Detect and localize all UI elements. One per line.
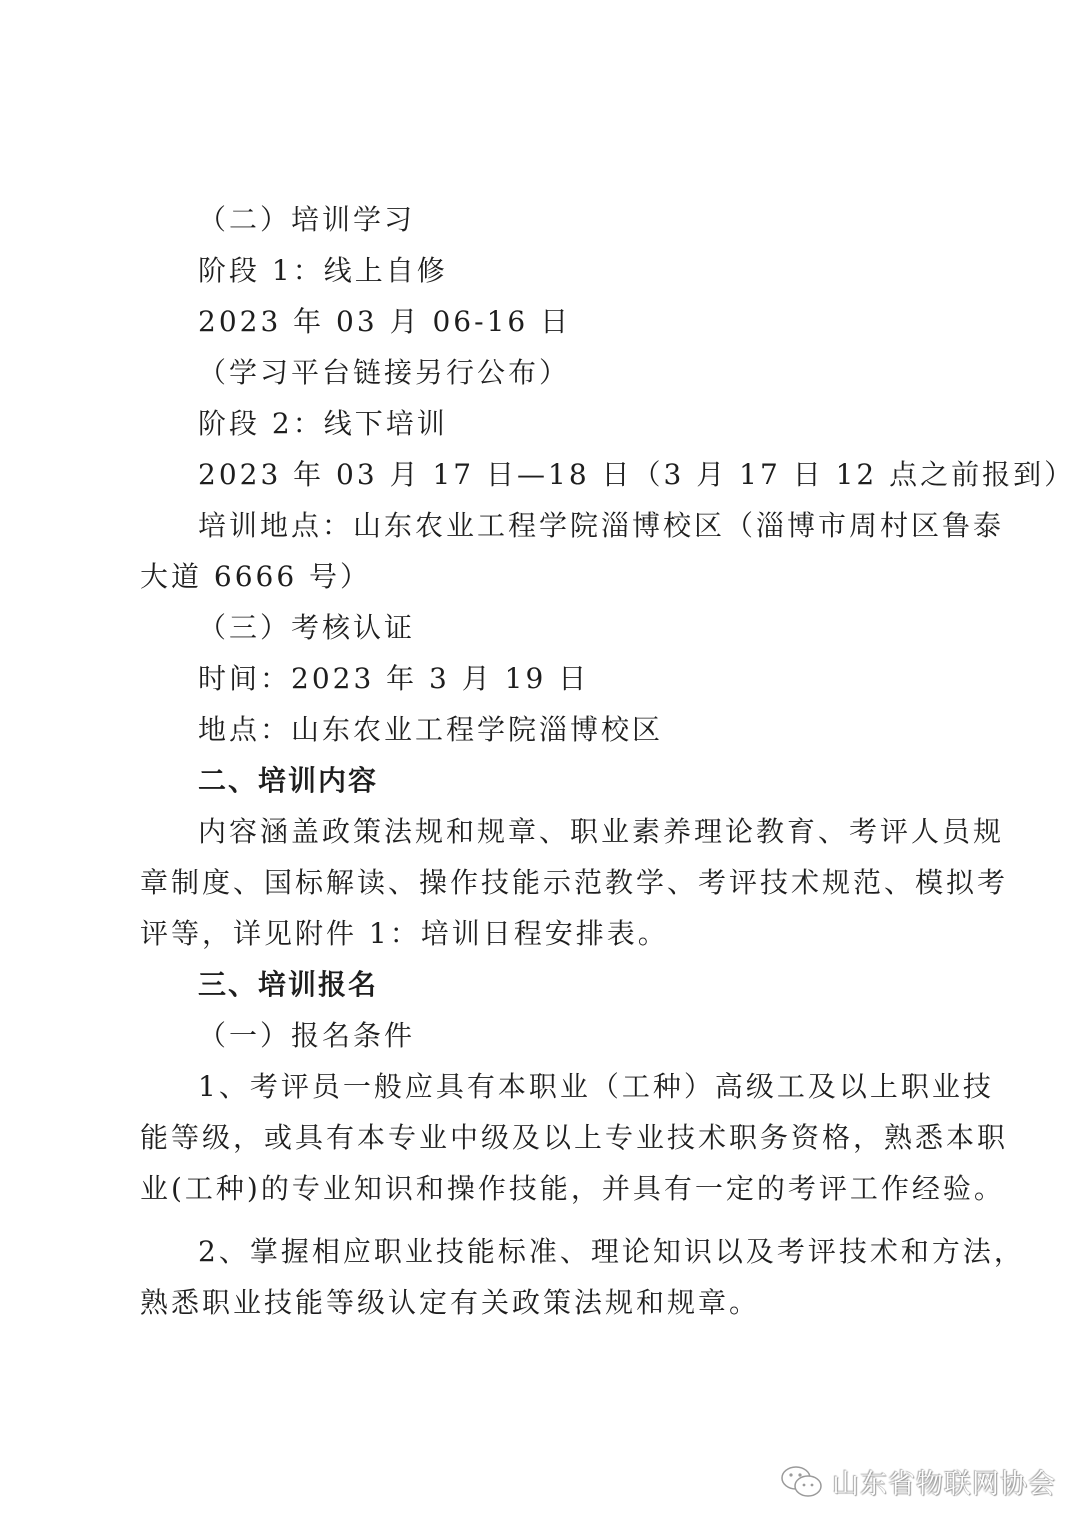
- text-line: （三）考核认证: [198, 610, 415, 646]
- section-heading: 三、培训报名: [198, 967, 378, 1003]
- text-line: （一）报名条件: [198, 1018, 415, 1054]
- text-line: 1、考评员一般应具有本职业（工种）高级工及以上职业技: [198, 1069, 994, 1105]
- text-line: 时间：2023 年 3 月 19 日: [198, 661, 589, 697]
- text-line: 培训地点：山东农业工程学院淄博校区（淄博市周村区鲁泰: [198, 508, 1004, 544]
- text-line: 2023 年 03 月 17 日—18 日（3 月 17 日 12 点之前报到）: [198, 457, 1075, 493]
- text-line: 内容涵盖政策法规和规章、职业素养理论教育、考评人员规: [198, 814, 1004, 850]
- text-line: 2、掌握相应职业技能标准、理论知识以及考评技术和方法，: [198, 1234, 1025, 1270]
- text-line: （二）培训学习: [198, 202, 415, 238]
- watermark-text: 山东省物联网协会: [832, 1462, 1056, 1501]
- text-line: 2023 年 03 月 06-16 日: [198, 304, 571, 340]
- text-line: 业(工种)的专业知识和操作技能，并具有一定的考评工作经验。: [140, 1171, 1005, 1207]
- text-line: 能等级，或具有本专业中级及以上专业技术职务资格，熟悉本职: [140, 1120, 1008, 1156]
- text-line: 章制度、国标解读、操作技能示范教学、考评技术规范、模拟考: [140, 865, 1008, 901]
- text-line: 评等，详见附件 1：培训日程安排表。: [140, 916, 669, 952]
- text-line: 熟悉职业技能等级认定有关政策法规和规章。: [140, 1285, 760, 1321]
- text-line: （学习平台链接另行公布）: [198, 355, 570, 391]
- text-line: 大道 6666 号）: [140, 559, 371, 595]
- text-line: 阶段 2：线下培训: [198, 406, 448, 442]
- watermark: 山东省物联网协会: [780, 1462, 1056, 1501]
- wechat-icon: [780, 1465, 824, 1499]
- text-line: 地点：山东农业工程学院淄博校区: [198, 712, 663, 748]
- section-heading: 二、培训内容: [198, 763, 378, 799]
- text-line: 阶段 1：线上自修: [198, 253, 448, 289]
